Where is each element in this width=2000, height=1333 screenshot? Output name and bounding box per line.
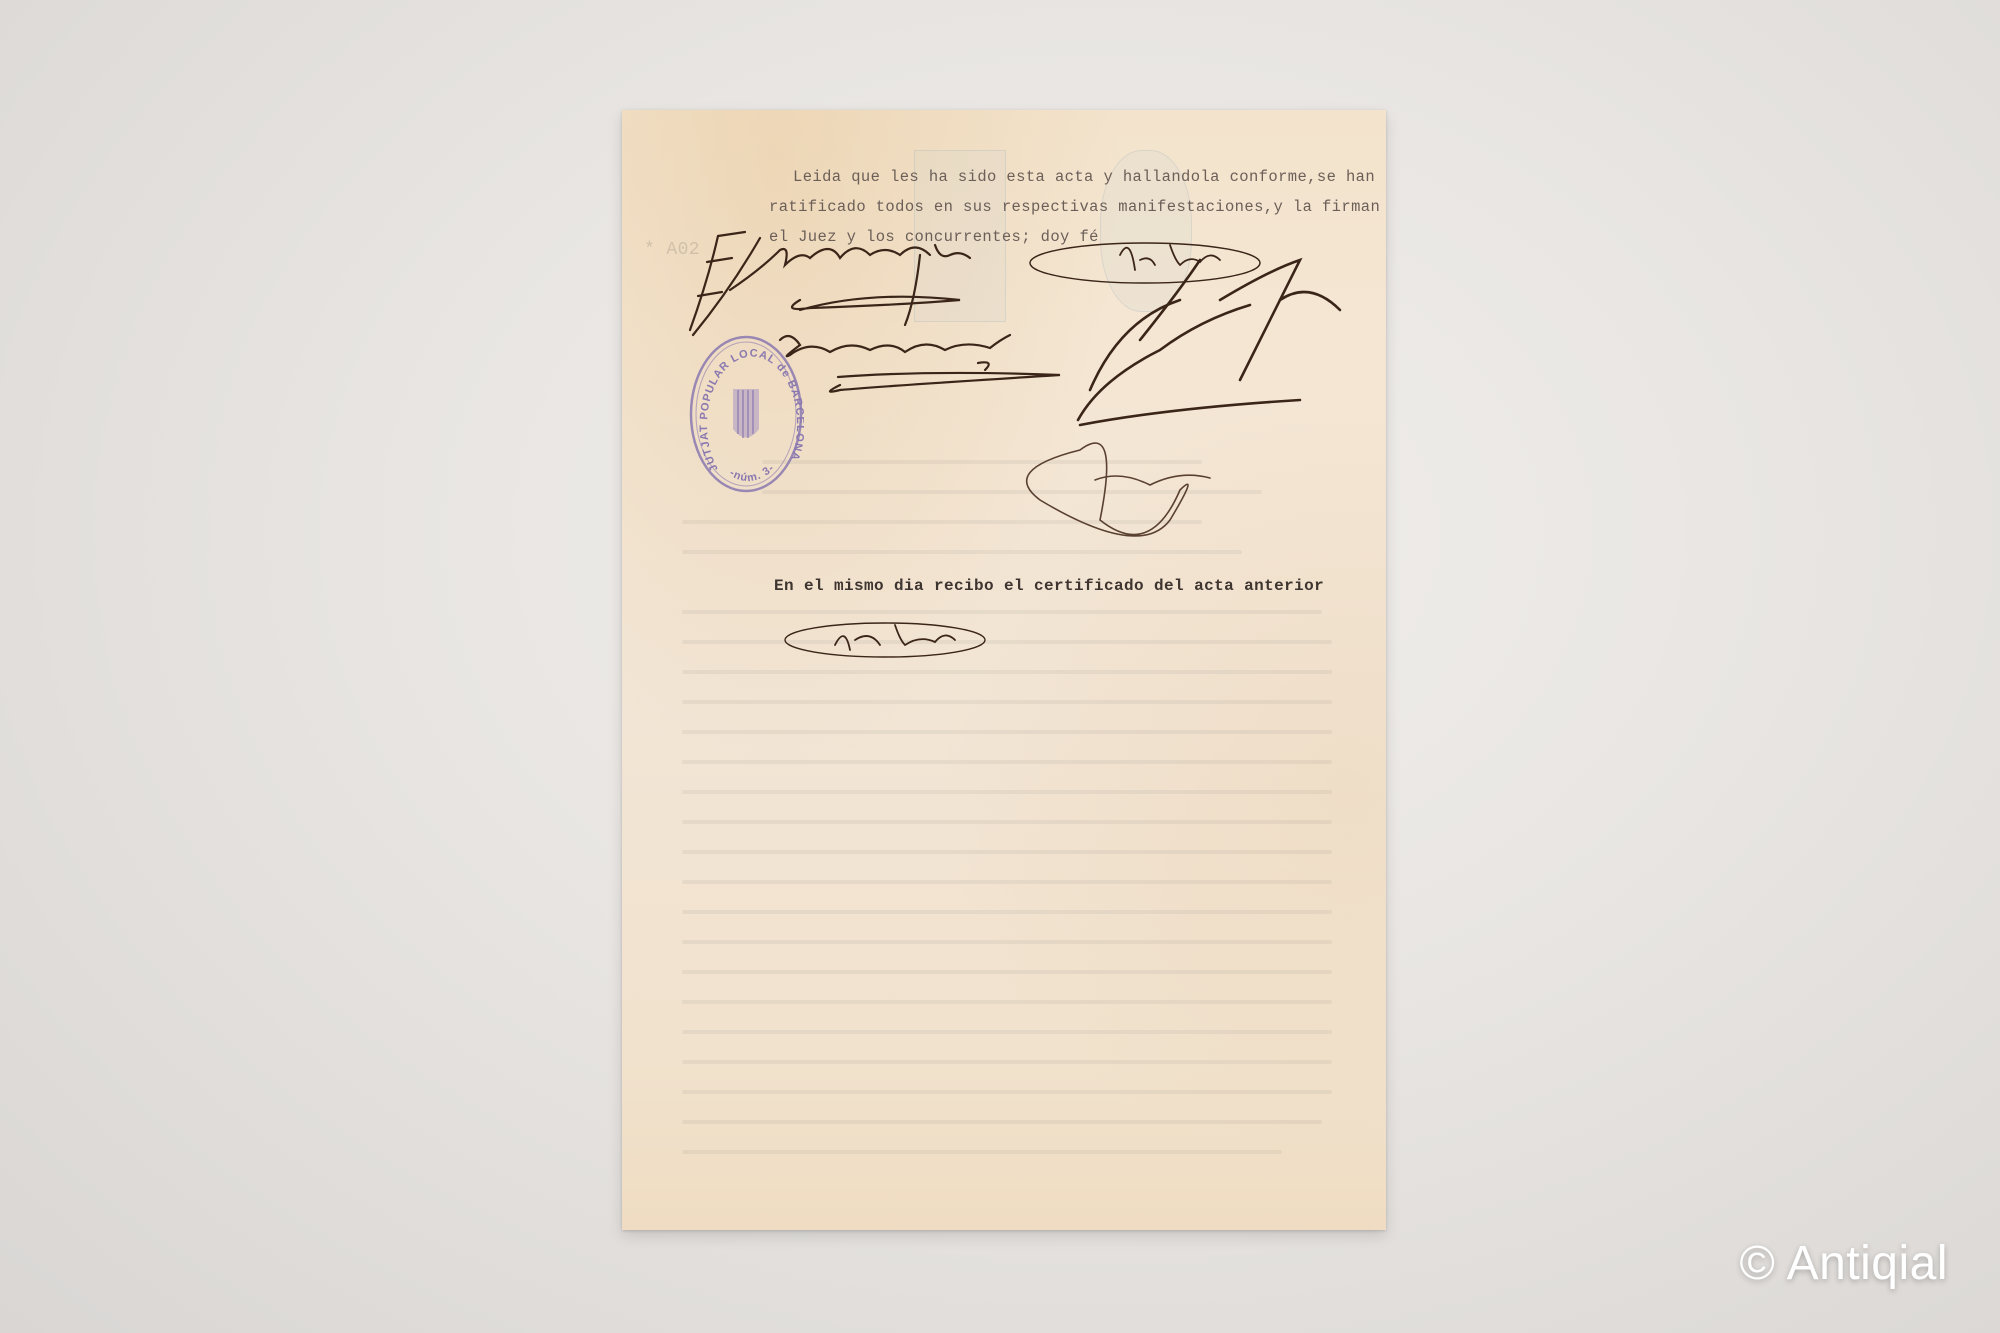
copyright-watermark: © Antiqial xyxy=(1740,1236,1948,1291)
signature-brito-top xyxy=(1030,243,1260,283)
signature-josep xyxy=(1078,260,1340,425)
svg-text:-núm. 3-: -núm. 3- xyxy=(727,462,777,485)
signature-macia xyxy=(730,245,970,325)
catalan-shield-icon xyxy=(733,389,759,438)
signature-benigno xyxy=(780,335,1060,392)
official-stamp: JUTJAT POPULAR LOCAL de BARCELONA -núm. … xyxy=(688,334,804,494)
signature-prefix-e xyxy=(690,232,760,335)
signature-jaume xyxy=(1027,443,1210,536)
signature-brito-bottom xyxy=(785,623,985,657)
stamp-text-bottom: -núm. 3- xyxy=(727,462,777,485)
signatures-layer xyxy=(0,0,2000,1333)
